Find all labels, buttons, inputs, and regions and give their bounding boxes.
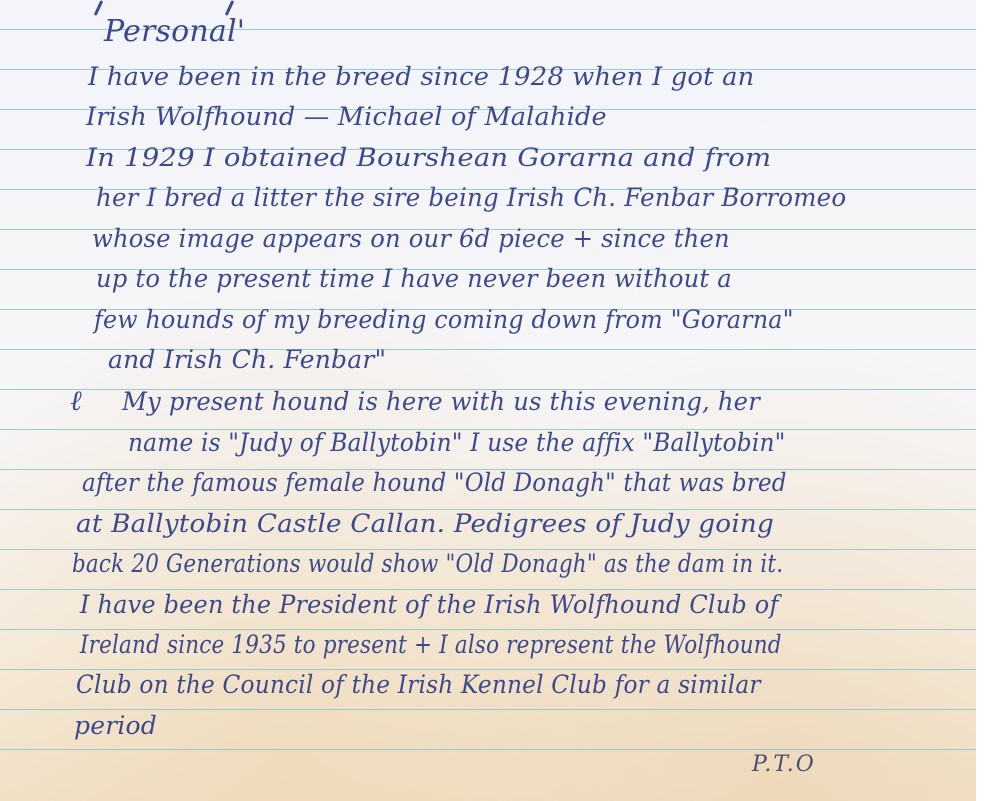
paragraph-mark: ℓ <box>70 384 82 418</box>
letter-line: I have been the President of the Irish W… <box>80 590 779 619</box>
letter-line: Ireland since 1935 to present + I also r… <box>80 630 782 659</box>
please-turn-over-note: P.T.O <box>752 752 816 777</box>
letter-line: up to the present time I have never been… <box>96 264 732 293</box>
letter-line: whose image appears on our 6d piece + si… <box>92 224 730 253</box>
letter-line: few hounds of my breeding coming down fr… <box>94 305 794 334</box>
letter-line: name is "Judy of Ballytobin" I use the a… <box>128 428 786 457</box>
ruled-line <box>0 749 976 750</box>
letter-line: In 1929 I obtained Bourshean Gorarna and… <box>86 143 771 172</box>
letter-line: at Ballytobin Castle Callan. Pedigrees o… <box>76 509 774 538</box>
letter-heading: Personal' <box>104 14 245 49</box>
letter-line: back 20 Generations would show "Old Dona… <box>72 549 783 578</box>
letter-line: after the famous female hound "Old Donag… <box>82 468 787 497</box>
letter-line: and Irish Ch. Fenbar" <box>108 345 386 374</box>
letter-line: I have been in the breed since 1928 when… <box>88 62 754 91</box>
letter-line: My present hound is here with us this ev… <box>122 387 760 416</box>
letter-line: Irish Wolfhound — Michael of Malahide <box>86 102 607 131</box>
letter-page: Personal' I have been in the breed since… <box>0 0 976 801</box>
letter-line: Club on the Council of the Irish Kennel … <box>76 670 761 699</box>
letter-line: her I bred a litter the sire being Irish… <box>96 183 846 212</box>
letter-line: period <box>74 711 157 740</box>
pen-stroke-mark <box>94 0 103 16</box>
ruled-line <box>0 709 976 710</box>
